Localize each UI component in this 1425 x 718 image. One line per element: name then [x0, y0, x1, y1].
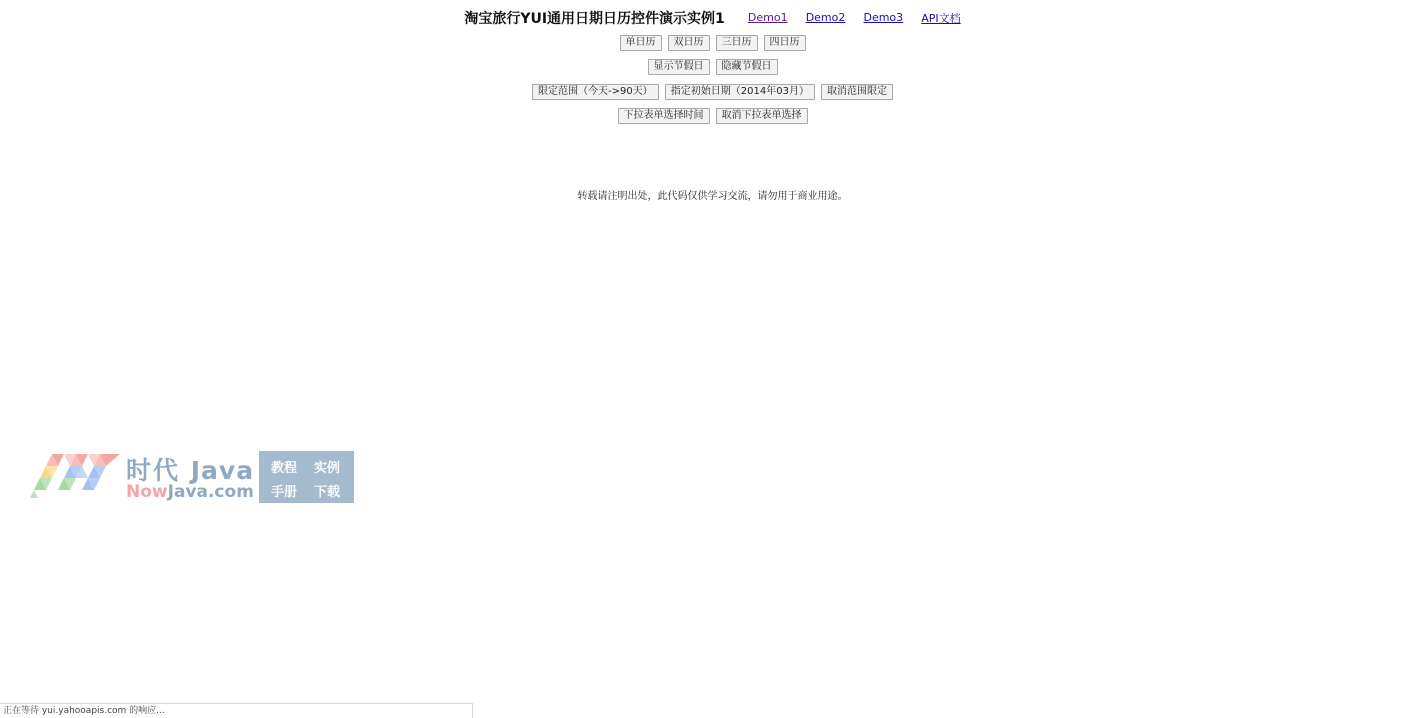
- tag-examples: 实例: [314, 457, 340, 476]
- link-demo1[interactable]: Demo1: [748, 11, 788, 24]
- cancel-range-limit-button[interactable]: 取消范围限定: [821, 84, 893, 100]
- copyright-notice: 转载请注明出处，此代码仅供学习交流，请勿用于商业用途。: [0, 187, 1425, 202]
- quad-calendar-button[interactable]: 四日历: [764, 35, 806, 51]
- tag-download: 下载: [314, 481, 340, 500]
- tag-manual: 手册: [271, 481, 297, 500]
- watermark-domain: NowJava.com: [126, 482, 254, 502]
- watermark-tag-box: 教程 实例 手册 下载: [259, 451, 354, 503]
- limit-range-button[interactable]: 限定范围（今天->90天）: [532, 84, 659, 100]
- dropdown-time-select-button[interactable]: 下拉表单选择时间: [618, 108, 710, 124]
- calendar-count-buttons: 单日历 双日历 三日历 四日历: [0, 35, 1425, 51]
- double-calendar-button[interactable]: 双日历: [668, 35, 710, 51]
- dropdown-buttons: 下拉表单选择时间 取消下拉表单选择: [0, 108, 1425, 124]
- link-api-docs[interactable]: API文档: [921, 10, 960, 26]
- range-buttons: 限定范围（今天->90天） 指定初始日期（2014年03月） 取消范围限定: [0, 84, 1425, 100]
- triple-calendar-button[interactable]: 三日历: [716, 35, 758, 51]
- cancel-dropdown-select-button[interactable]: 取消下拉表单选择: [716, 108, 808, 124]
- domain-rest: Java.com: [168, 482, 254, 502]
- link-demo3[interactable]: Demo3: [863, 11, 903, 24]
- single-calendar-button[interactable]: 单日历: [620, 35, 662, 51]
- hide-holidays-button[interactable]: 隐藏节假日: [716, 59, 778, 75]
- triangle-logo-icon: [30, 454, 122, 504]
- header: 淘宝旅行YUI通用日期日历控件演示实例1 Demo1 Demo2 Demo3 A…: [0, 7, 1425, 28]
- link-demo2[interactable]: Demo2: [806, 11, 846, 24]
- domain-now: Now: [126, 482, 168, 502]
- browser-status-bar: 正在等待 yui.yahooapis.com 的响应...: [0, 703, 473, 718]
- holiday-buttons: 显示节假日 隐藏节假日: [0, 59, 1425, 75]
- page-title: 淘宝旅行YUI通用日期日历控件演示实例1: [464, 8, 724, 28]
- brand-java: Java: [191, 456, 254, 485]
- nowjava-watermark: 时代 Java NowJava.com 教程 实例 手册 下载: [30, 451, 360, 505]
- show-holidays-button[interactable]: 显示节假日: [648, 59, 710, 75]
- set-initial-date-button[interactable]: 指定初始日期（2014年03月）: [665, 84, 815, 100]
- tag-tutorial: 教程: [271, 457, 297, 476]
- brand-cn: 时代: [126, 456, 180, 485]
